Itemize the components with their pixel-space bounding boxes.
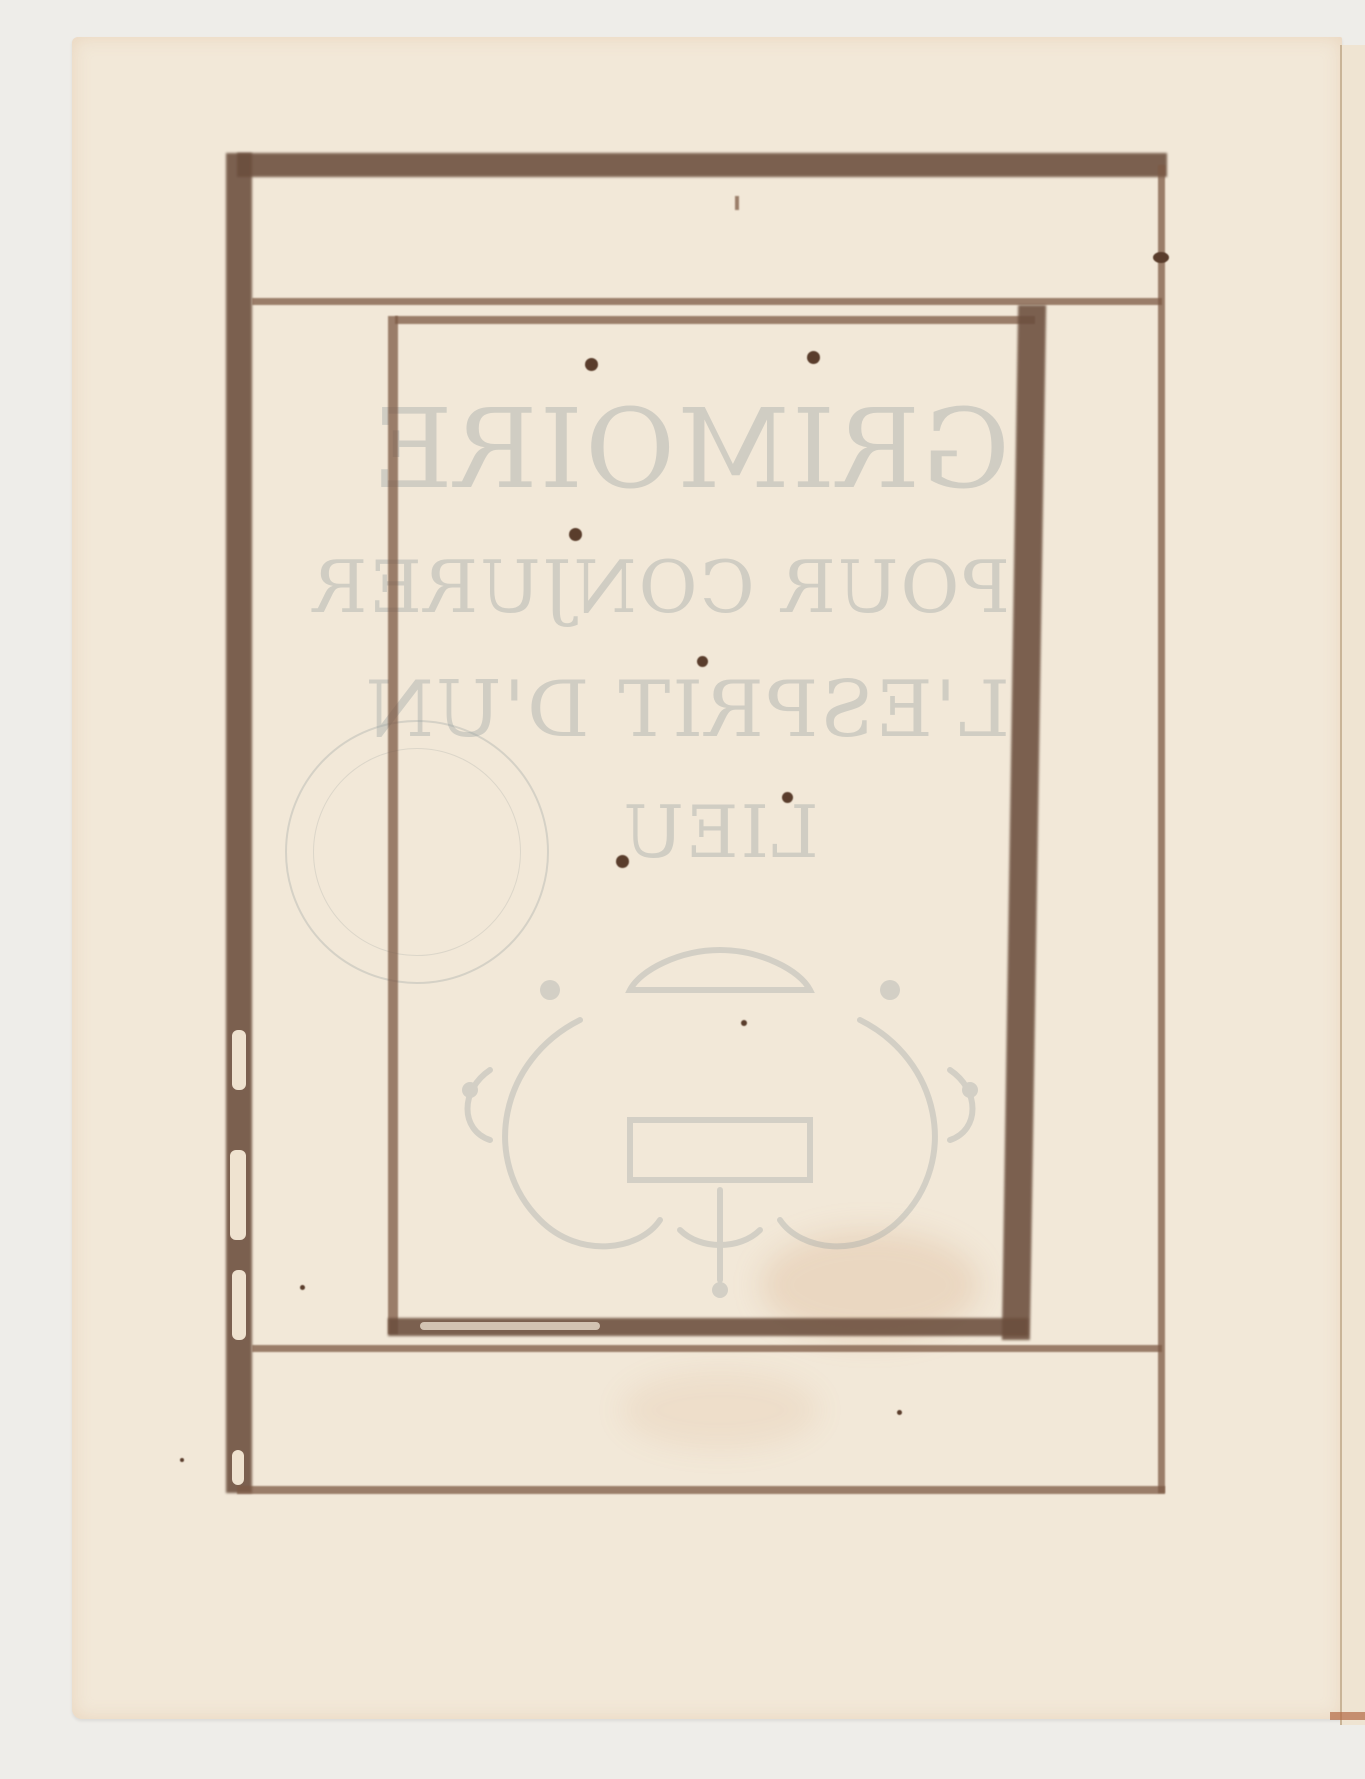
ghost-title-line-1: GRIMOIRE	[430, 385, 1010, 513]
adjacent-page-red-edge	[1330, 1712, 1365, 1720]
burn-hole	[807, 351, 820, 364]
ghost-title-line-4: LIEU	[430, 790, 1010, 874]
inner-frame-left	[388, 316, 398, 1334]
speck	[180, 1458, 184, 1462]
speck	[300, 1285, 305, 1290]
ghost-title-line-3: L'ESPRIT D'UN	[430, 665, 1010, 755]
speck	[741, 1020, 747, 1026]
adjacent-page-edge	[1340, 45, 1365, 1725]
vignette-ornament-show-through	[430, 930, 1010, 1310]
damage-patch	[230, 1150, 246, 1240]
ink-mark	[735, 196, 739, 210]
damage-patch	[232, 1450, 244, 1485]
outer-frame-right	[1158, 165, 1165, 1493]
burn-hole	[782, 792, 793, 803]
damage-patch	[232, 1270, 246, 1340]
burn-hole	[616, 855, 629, 868]
frame-top-band-line	[252, 298, 1162, 305]
damage-patch	[420, 1322, 600, 1330]
frame-bottom-band-line	[252, 1345, 1162, 1352]
burn-spot	[1153, 252, 1169, 263]
inner-frame-top	[395, 316, 1035, 324]
water-stain	[620, 1370, 820, 1450]
burn-hole	[697, 656, 708, 667]
damage-patch	[232, 1030, 246, 1090]
outer-frame-top	[237, 153, 1167, 177]
burn-hole	[585, 358, 598, 371]
speck	[897, 1410, 902, 1415]
burn-hole	[569, 528, 582, 541]
ghost-title-line-2: POUR CONJURER	[430, 545, 1010, 629]
book-page	[72, 37, 1342, 1719]
outer-frame-bottom	[237, 1486, 1165, 1494]
